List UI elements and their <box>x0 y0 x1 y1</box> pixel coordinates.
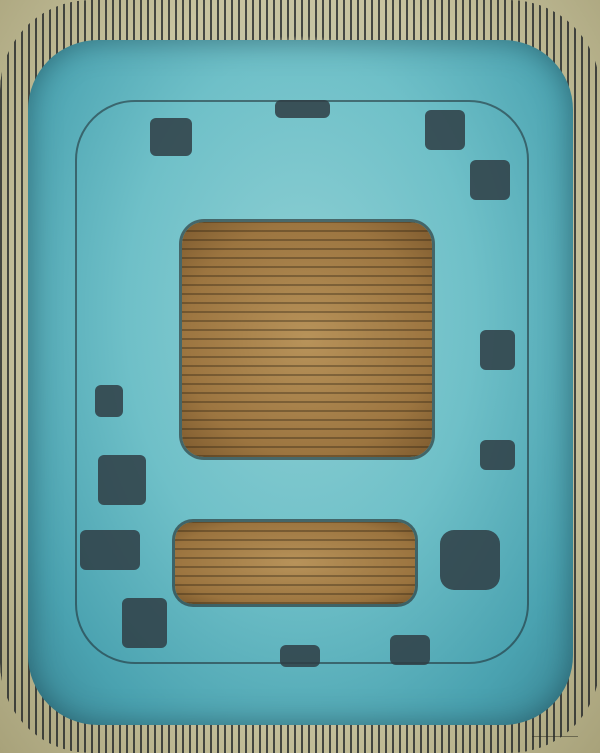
dark-block <box>275 100 330 118</box>
dark-block <box>122 598 167 648</box>
dark-block <box>95 385 123 417</box>
dark-block <box>280 645 320 667</box>
dark-block <box>440 530 500 590</box>
gold-panel-small <box>175 522 415 604</box>
dark-block <box>480 330 515 370</box>
dark-block <box>98 455 146 505</box>
dark-block <box>80 530 140 570</box>
artist-signature <box>532 726 578 737</box>
dark-block <box>470 160 510 200</box>
dark-block <box>390 635 430 665</box>
painting-canvas <box>0 0 600 753</box>
dark-block <box>150 118 192 156</box>
dark-block <box>480 440 515 470</box>
gold-panel-large <box>182 222 432 457</box>
dark-block <box>425 110 465 150</box>
